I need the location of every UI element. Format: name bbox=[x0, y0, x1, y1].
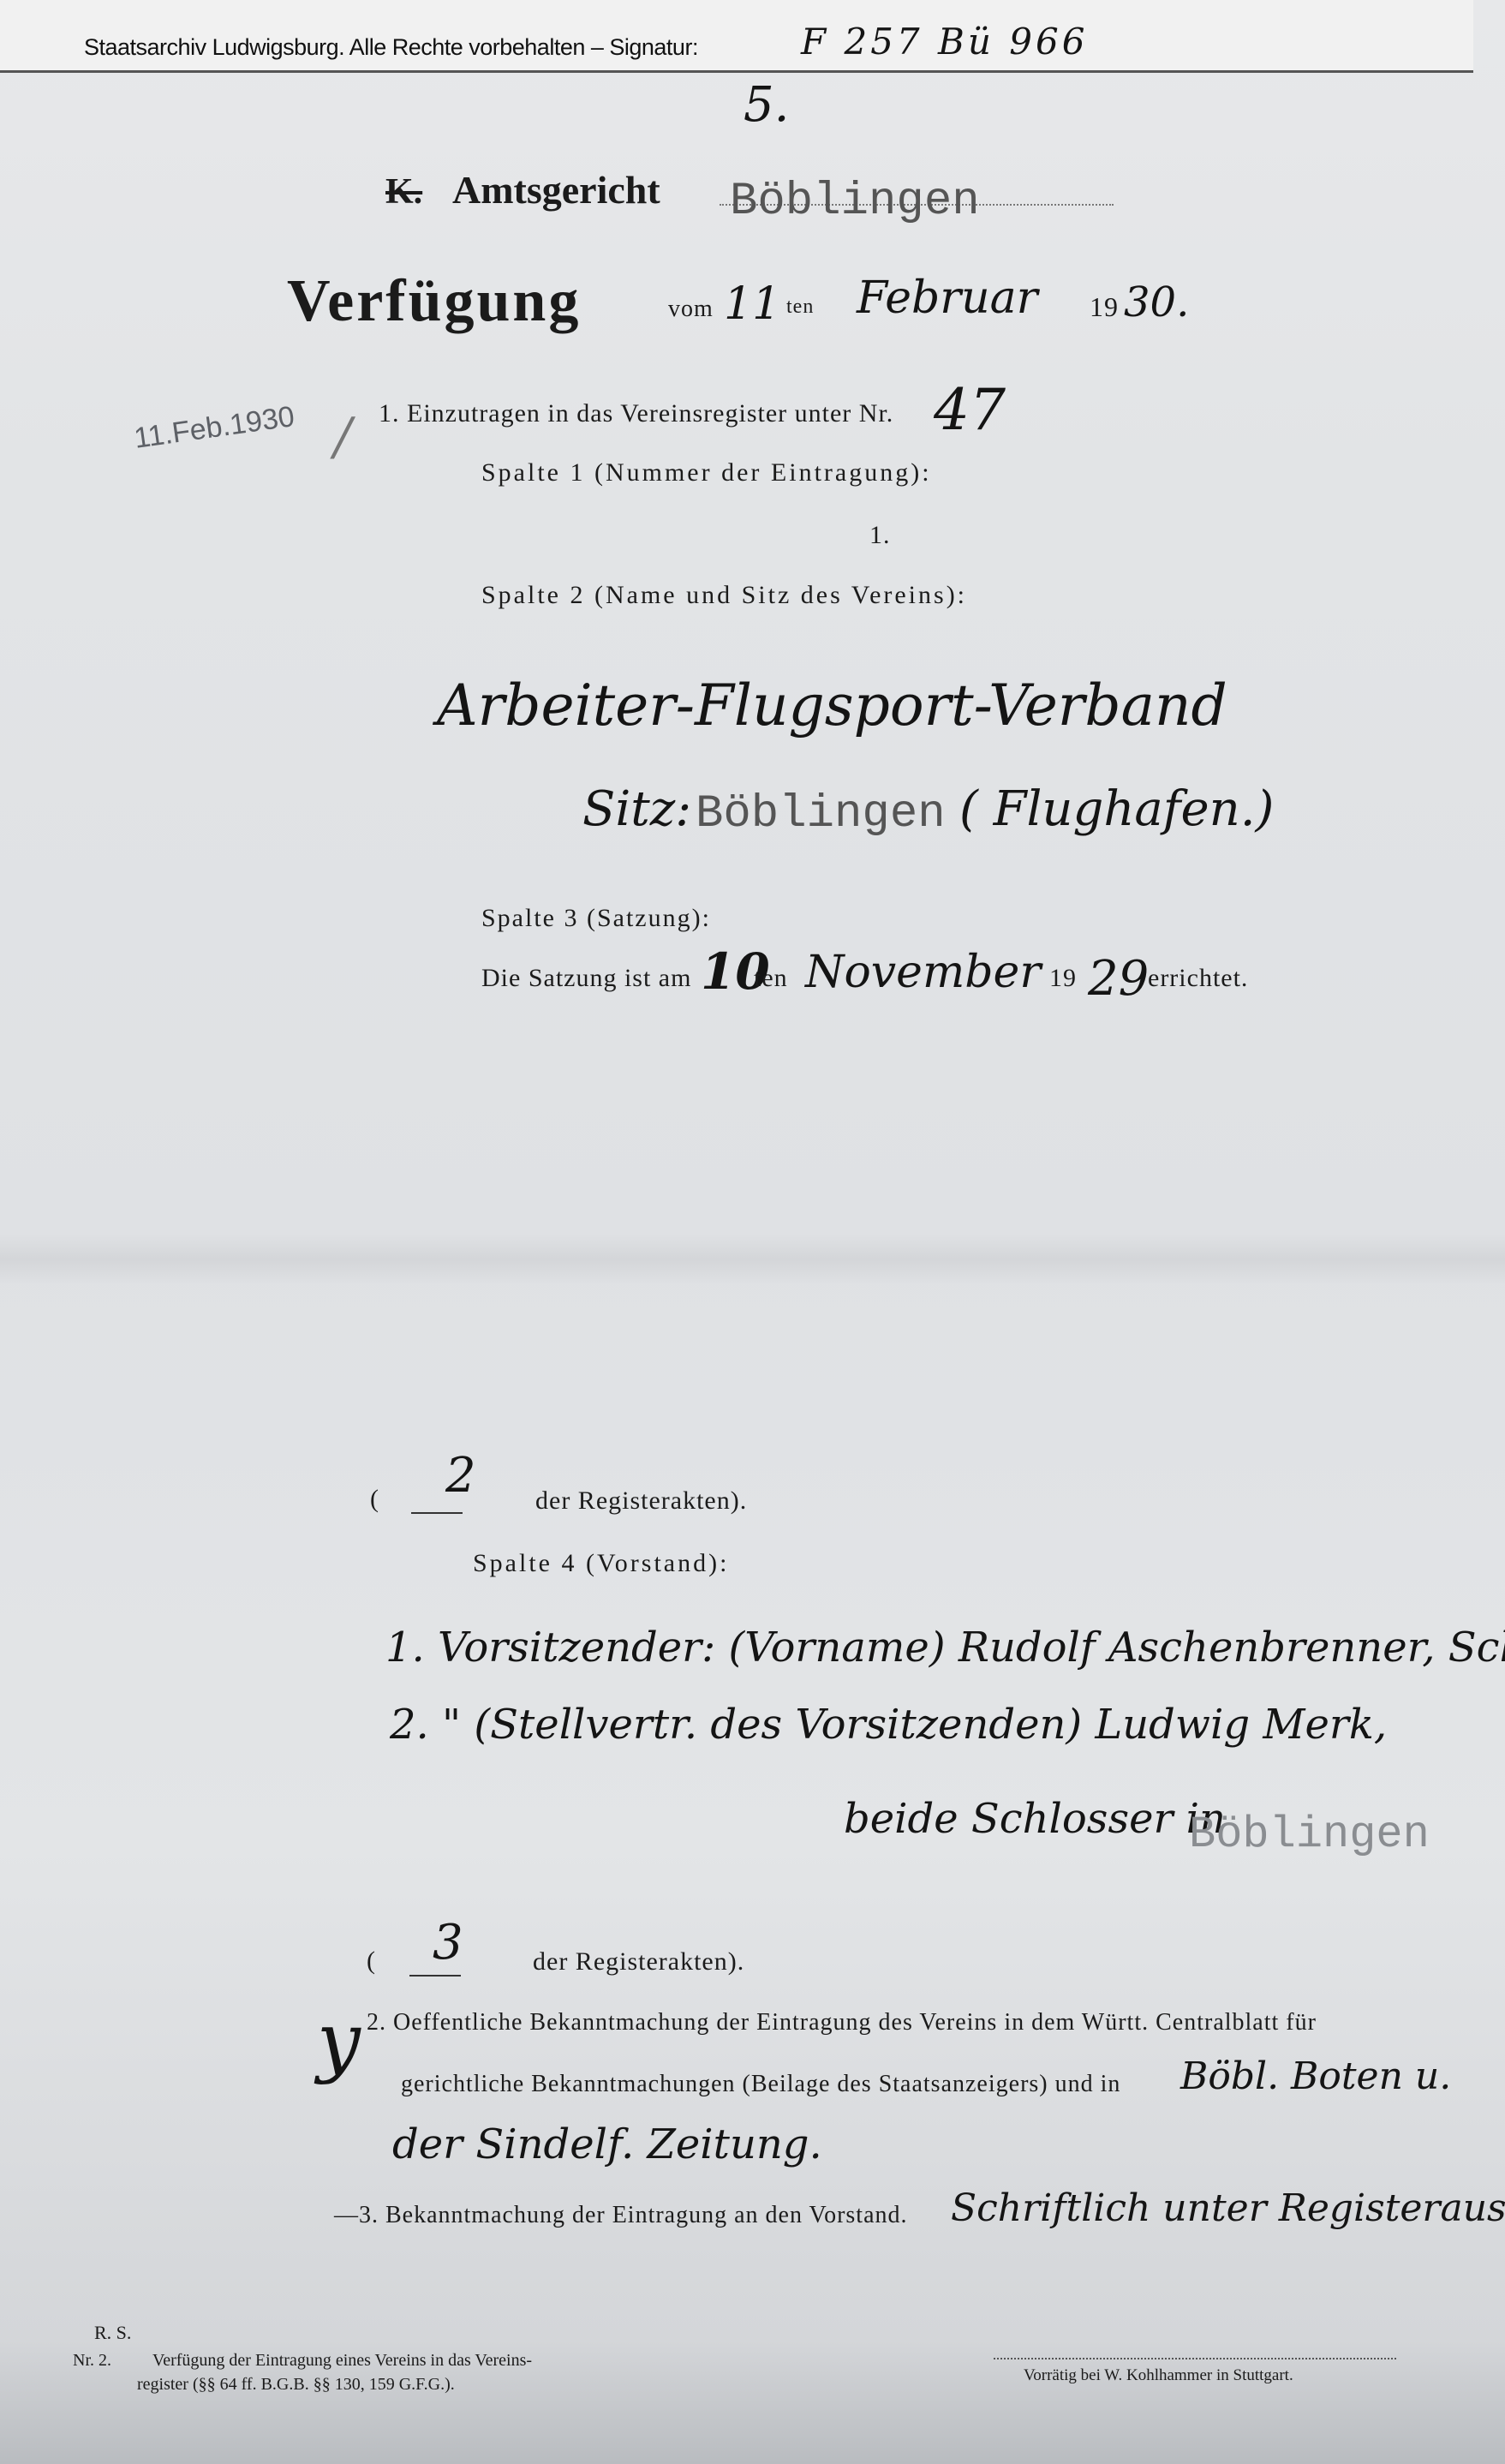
spalte4-label: Spalte 4 (Vorstand): bbox=[473, 1549, 729, 1578]
spalte3-month: November bbox=[805, 947, 1041, 998]
header-ten: ten bbox=[786, 296, 814, 319]
item1-text: 1. Einzutragen in das Vereinsregister un… bbox=[379, 399, 893, 428]
spalte3-label: Spalte 3 (Satzung): bbox=[481, 904, 711, 933]
spalte3-year-prefix: 19 bbox=[1049, 964, 1077, 993]
item2-line-3-handwritten: der Sindelf. Zeitung. bbox=[392, 2120, 822, 2168]
registerakten-a-number: 2 bbox=[445, 1448, 476, 1504]
item2-line-2-handwritten: Böbl. Boten u. bbox=[1180, 2054, 1451, 2098]
spalte3-text-b: errichtet. bbox=[1148, 964, 1248, 993]
spalte3-text-a: Die Satzung ist am bbox=[481, 964, 691, 993]
registerakten-a-open: ( bbox=[370, 1485, 379, 1514]
item2-line-1: 2. Oeffentliche Bekanntmachung der Eintr… bbox=[367, 2009, 1317, 2036]
registerakten-b-number: 3 bbox=[433, 1915, 463, 1971]
item3-text: —3. Bekanntmachung der Eintragung an den… bbox=[334, 2202, 908, 2229]
margin-check-mark: / bbox=[334, 407, 351, 467]
court-name: Amtsgericht bbox=[452, 167, 660, 212]
court-place-typed: Böblingen bbox=[730, 176, 980, 228]
folio-number: 5. bbox=[744, 77, 789, 133]
vorstand-line-2: 2. " (Stellvertr. des Vorsitzenden) Ludw… bbox=[390, 1701, 1387, 1749]
header-day: 11 bbox=[724, 278, 780, 330]
footer-form-title-2: register (§§ 64 ff. B.G.B. §§ 130, 159 G… bbox=[137, 2375, 455, 2395]
footer-publisher: Vorrätig bei W. Kohlhammer in Stuttgart. bbox=[1024, 2366, 1293, 2385]
document-title: Verfügung bbox=[287, 267, 581, 336]
footer-rs: R. S. bbox=[94, 2322, 131, 2344]
header-month: Februar bbox=[857, 272, 1038, 324]
footer-form-number: Nr. 2. bbox=[73, 2351, 111, 2371]
footer-form-title-1: Verfügung der Eintragung eines Vereins i… bbox=[152, 2351, 532, 2371]
spalte1-value: 1. bbox=[869, 521, 891, 550]
item2-line-2: gerichtliche Bekanntmachungen (Beilage d… bbox=[401, 2071, 1120, 2098]
registerakten-a-text: der Registerakten). bbox=[535, 1486, 747, 1516]
register-number: 47 bbox=[934, 377, 1006, 443]
spalte3-year: 29 bbox=[1088, 951, 1149, 1007]
archive-label-text: Staatsarchiv Ludwigsburg. Alle Rechte vo… bbox=[84, 34, 698, 61]
spalte2-sitz-label: Sitz: bbox=[582, 781, 691, 837]
archive-label-strip: Staatsarchiv Ludwigsburg. Alle Rechte vo… bbox=[0, 0, 1473, 73]
archive-signatur: F 257 Bü 966 bbox=[801, 21, 1088, 63]
spalte2-sitz-suffix: ( Flughafen.) bbox=[959, 781, 1274, 837]
spalte1-label: Spalte 1 (Nummer der Eintragung): bbox=[481, 458, 932, 487]
vorstand-line-1: 1. Vorsitzender: (Vorname) Rudolf Aschen… bbox=[385, 1624, 1505, 1672]
spalte2-association-name: Arbeiter-Flugsport-Verband bbox=[437, 673, 1227, 739]
paper-fold bbox=[0, 1234, 1505, 1285]
header-year-prefix: 19 bbox=[1090, 291, 1119, 323]
spalte3-ten: ten bbox=[754, 964, 788, 993]
registerakten-a-line bbox=[411, 1512, 463, 1514]
vorstand-line-3: beide Schlosser in bbox=[844, 1795, 1226, 1843]
vorstand-place-typed: Böblingen bbox=[1189, 1809, 1430, 1860]
item3-handwritten: Schriftlich unter Registerauszug. bbox=[951, 2186, 1505, 2230]
registerakten-b-line bbox=[409, 1975, 461, 1977]
spalte2-label: Spalte 2 (Name und Sitz des Vereins): bbox=[481, 581, 967, 610]
spalte2-sitz-place: Böblingen bbox=[696, 788, 946, 840]
registerakten-b-text: der Registerakten). bbox=[533, 1947, 744, 1977]
item2-margin-mark: y bbox=[317, 1996, 361, 2086]
receipt-date-stamp: 11.Feb.1930 bbox=[132, 400, 296, 456]
registerakten-b-open: ( bbox=[367, 1947, 376, 1976]
court-prefix-struck: K. bbox=[385, 171, 422, 212]
header-year: 30. bbox=[1124, 278, 1189, 326]
document-page: Staatsarchiv Ludwigsburg. Alle Rechte vo… bbox=[0, 0, 1505, 2464]
header-vom: vom bbox=[668, 296, 714, 323]
footer-ornament-line bbox=[994, 2358, 1396, 2359]
